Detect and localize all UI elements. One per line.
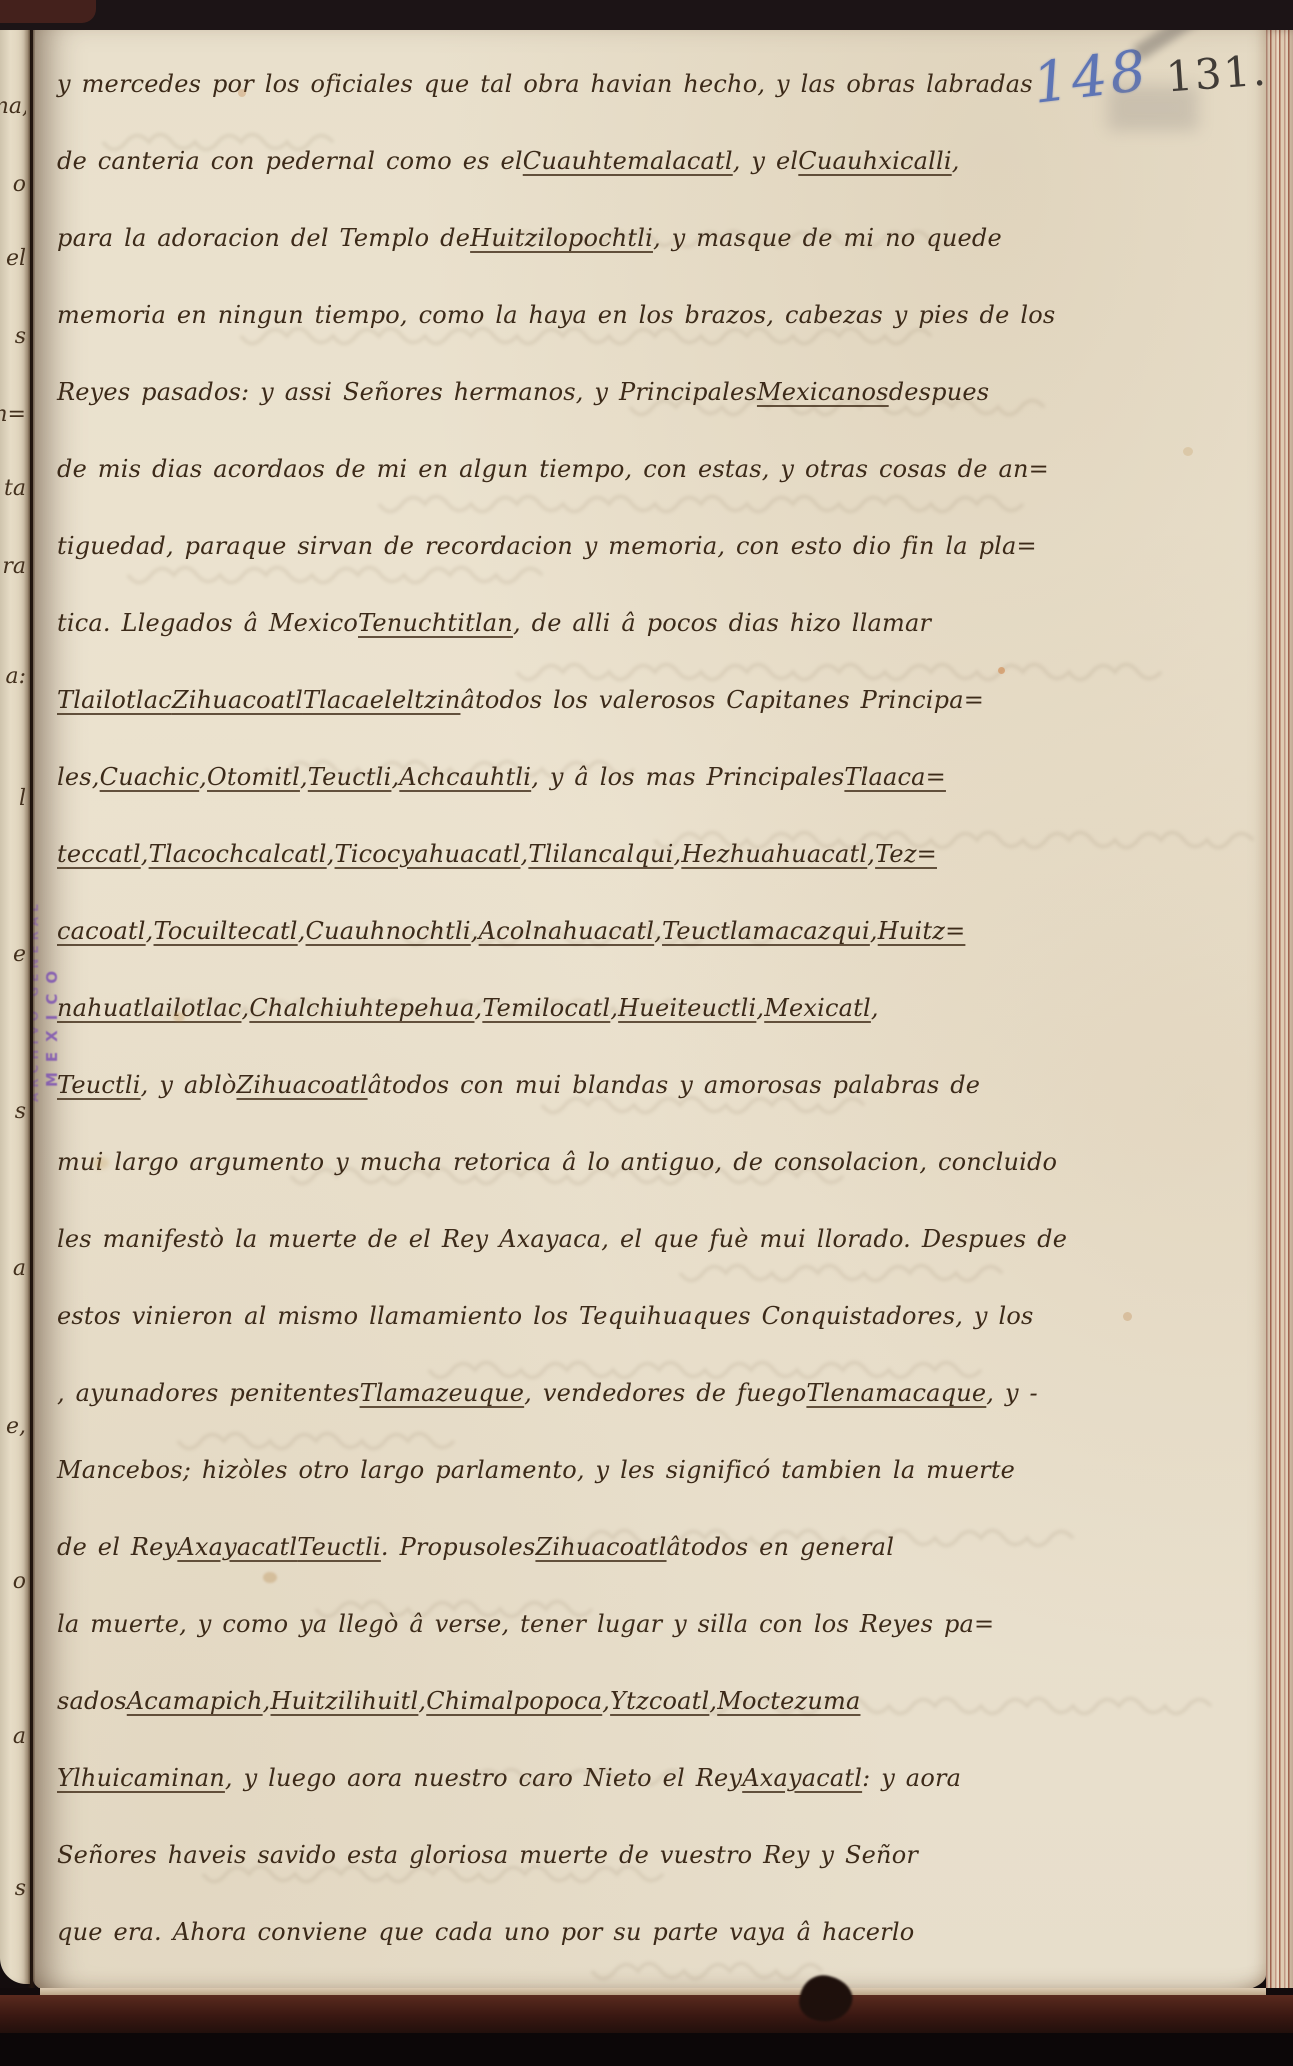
manuscript-line: , ayunadores penitentes Tlamazeuque, ven… — [57, 1354, 1247, 1431]
gutter-fragment: o — [0, 172, 26, 197]
manuscript-page: 148 131. ARCHIVO GENERAL MEXICO y merced… — [33, 27, 1266, 1993]
manuscript-text: y mercedes por los oficiales que tal obr… — [57, 45, 1247, 1970]
gutter-fragment: s — [0, 324, 26, 349]
manuscript-line: de mis dias acordaos de mi en algun tiem… — [57, 430, 1247, 507]
archive-stamp-line2: MEXICO — [43, 727, 61, 1087]
manuscript-line: cacoatl, Tocuiltecatl, Cuauhnochtli, Aco… — [57, 892, 1247, 969]
manuscript-line: estos vinieron al mismo llamamiento los … — [57, 1277, 1247, 1354]
book-fore-edge-pages — [1266, 29, 1293, 2017]
gutter-fragment: l — [0, 786, 26, 811]
binding-shadow — [0, 2033, 1293, 2066]
manuscript-line: les manifestò la muerte de el Rey Axayac… — [57, 1200, 1247, 1277]
gutter-fragment: el — [0, 246, 26, 271]
manuscript-line: mui largo argumento y mucha retorica â l… — [57, 1123, 1247, 1200]
manuscript-line: Teuctli, y ablò Zihuacoatl âtodos con mu… — [57, 1046, 1247, 1123]
manuscript-line: que era. Ahora conviene que cada uno por… — [57, 1893, 1247, 1970]
gutter-fragment: s — [0, 1876, 26, 1901]
manuscript-line: tica. Llegados â Mexico Tenuchtitlan, de… — [57, 584, 1247, 661]
manuscript-line: Tlailotlac Zihuacoatl Tlacaeleltzin âtod… — [57, 661, 1247, 738]
book-gutter — [28, 24, 35, 1990]
manuscript-line: les, Cuachic, Otomitl, Teuctli, Achcauht… — [57, 738, 1247, 815]
gutter-fragment: a: — [0, 664, 26, 689]
binding-top-corner — [0, 0, 96, 23]
gutter-fragment: e, — [0, 1414, 26, 1439]
gutter-fragment: n= — [0, 402, 26, 427]
manuscript-line: de canteria con pedernal como es el Cuau… — [57, 122, 1247, 199]
gutter-fragment: s — [0, 1099, 26, 1124]
gutter-fragment: ra — [0, 554, 26, 579]
foxing-spot — [1123, 1312, 1132, 1321]
foxing-spot — [238, 89, 246, 97]
gutter-fragment: ma, — [0, 94, 26, 119]
foxing-spot — [93, 1157, 109, 1169]
foxing-spot — [1183, 447, 1193, 456]
gutter-fragment: e — [0, 942, 26, 967]
manuscript-line: Señores haveis savido esta gloriosa muer… — [57, 1816, 1247, 1893]
manuscript-line: Mancebos; hizòles otro largo parlamento,… — [57, 1431, 1247, 1508]
facing-page-edge: ma,oelsn=taraa:lesae,oas — [0, 24, 30, 1984]
manuscript-line: teccatl, Tlacochcalcatl, Ticocyahuacatl,… — [57, 815, 1247, 892]
foxing-spot — [173, 1012, 185, 1022]
manuscript-line: para la adoracion del Templo de Huitzilo… — [57, 199, 1247, 276]
manuscript-line: la muerte, y como ya llegò â verse, tene… — [57, 1585, 1247, 1662]
leather-binding — [0, 1995, 1293, 2033]
gutter-fragment: a — [0, 1256, 26, 1281]
manuscript-line: tiguedad, paraque sirvan de recordacion … — [57, 507, 1247, 584]
manuscript-line: de el Rey Axayacatl Teuctli. Propusoles … — [57, 1508, 1247, 1585]
foxing-spot — [998, 667, 1005, 674]
binding-top — [0, 0, 1293, 30]
manuscript-line: memoria en ningun tiempo, como la haya e… — [57, 276, 1247, 353]
manuscript-line: nahuatlailotlac, Chalchiuhtepehua, Temil… — [57, 969, 1247, 1046]
gutter-fragment: a — [0, 1724, 26, 1749]
manuscript-photograph: ma,oelsn=taraa:lesae,oas 148 131. ARCHIV… — [0, 0, 1293, 2066]
manuscript-line: y mercedes por los oficiales que tal obr… — [57, 45, 1247, 122]
gutter-fragment: ta — [0, 476, 26, 501]
gutter-fragment: o — [0, 1569, 26, 1594]
manuscript-line: Reyes pasados: y assi Señores hermanos, … — [57, 353, 1247, 430]
foxing-spot — [263, 1572, 277, 1583]
manuscript-line: Ylhuicaminan, y luego aora nuestro caro … — [57, 1739, 1247, 1816]
binding-bottom — [0, 1988, 1293, 2066]
manuscript-line: sados Acamapich, Huitzilihuitl, Chimalpo… — [57, 1662, 1247, 1739]
